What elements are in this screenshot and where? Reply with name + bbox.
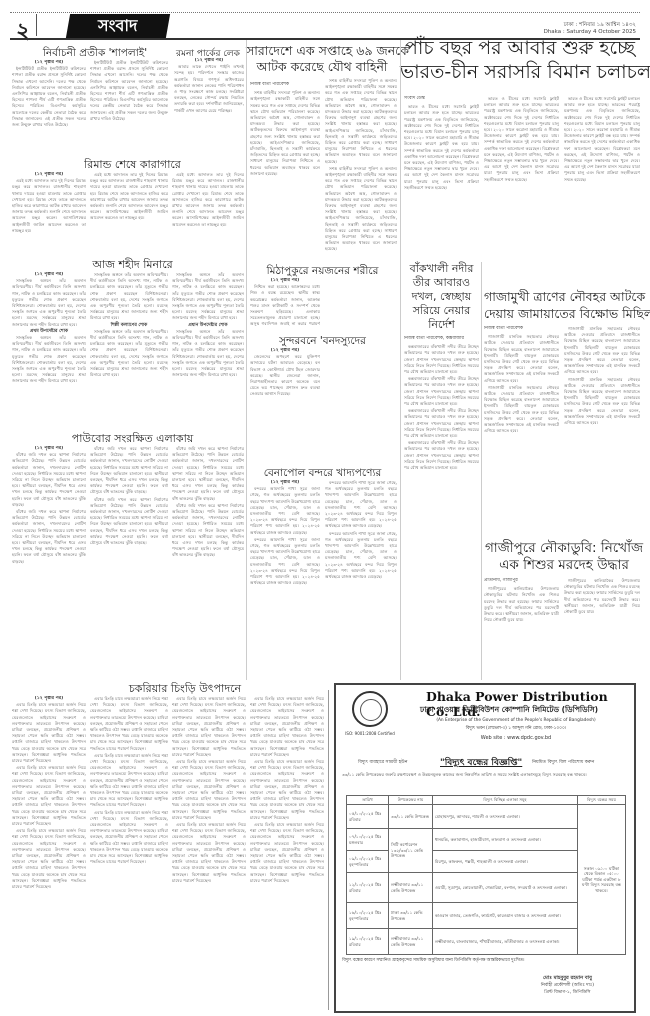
body-text: সাংস্কৃতিক অঙ্গনে তাঁর অবদান অবিস্মরণীয়… [12,278,86,328]
article-body-col2: ভারত ও চীনের মধ্যে সরাসরি ফ্লাইট চলাচল আ… [484,96,559,261]
column-divider [400,40,401,680]
headline-line: দখল, স্বেচ্ছায় [404,290,479,304]
cell-date: ১৯/১০/২০২৫ খ্রিঃ রবিবার [347,929,389,955]
body-text: সাংস্কৃতিক অঙ্গনে তাঁর অবদান অবিস্মরণীয়… [12,335,86,385]
byline: নিজস্ব বার্তা পরিবেশক [484,326,559,332]
body-text: জেলেদের অপহরণ করে মুক্তিপণ আদায়ের ঘটনা … [250,354,320,397]
date-bengali: ঢাকা : শনিবার ১৯ আশ্বিন ১৪৩২ [544,22,636,29]
body-text: এরই মধ্যে আদালত তার দুই দিনের রিমান্ড মঞ… [172,172,244,228]
column-divider [246,40,247,680]
cell-substation: সিটি কর্পোরেশন ১৩২/৩৩/১১ কেভি উপকেন্দ্র [389,829,433,873]
body-text: সাংস্কৃতিক অঙ্গনে তাঁর অবদান অবিস্মরণীয়… [172,329,244,379]
cell-areas: মোহাম্মদপুর, আদাবর, শ্যামলী ও তৎসংলগ্ন এ… [433,805,578,829]
article-body-col2: গাজাগামী মানবিক সহায়তার নৌবহর আটকে দেওয… [564,326,640,531]
headline-line: বাঁকখালী নদীর [404,262,479,276]
body-text: ভারত ও চীনের মধ্যে সরাসরি ফ্লাইট চলাচল আ… [484,96,559,183]
article-body-col2: বন্দরের আমদানি শাখা সূত্রে জানা গেছে, গত… [325,480,397,620]
dpdc-advertisement: ISO: 9001:2008 Certified Dhaka Power Dis… [334,683,636,1013]
article-body: (১২ পৃষ্ঠার পর) সাংস্কৃতিক অঙ্গনে তাঁর অ… [12,272,86,427]
article-body-col2: এরই মধ্যে আদালত তার দুই দিনের রিমান্ড মঞ… [90,172,168,252]
article-body-col2: সাংস্কৃতিক অঙ্গনে তাঁর অবদান অবিস্মরণীয়… [90,272,168,427]
body-text: এবার চিংড়ি চাষে লক্ষ্যমাত্রা অর্জন নিয়… [250,822,324,884]
body-text: কক্সবাজারের বাঁকখালী নদীর তীরে উচ্ছেদ অভ… [404,440,479,471]
body-text: এবার চিংড়ি চাষে লক্ষ্যমাত্রা অর্জন নিয়… [12,765,86,827]
body-text: ভারত ও চীনের মধ্যে সরাসরি ফ্লাইট চলাচল আ… [564,96,640,183]
article-body-col2: সশস্ত্র বাহিনীর সদস্যরা পুলিশ ও অন্যান্য… [325,78,397,378]
outage-schedule-table: তারিখ উপকেন্দ্রের নাম বিদ্যুৎ বিচ্ছিন্ন … [346,795,626,955]
body-text: এরই মধ্যে আদালত তার দুই দিনের রিমান্ড মঞ… [12,178,86,234]
cell-date: ০৯/১০/২০২৫ খ্রিঃ বৃহস্পতিবার [347,851,389,873]
cell-areas: লক্ষ্মীবাজার, বাংলাবাজার, শাঁখারীবাজার, … [433,929,578,955]
body-text: গাজাগামী মানবিক সহায়তার নৌবহর আটকে দেওয… [564,326,640,376]
header-areas: বিদ্যুৎ বিচ্ছিন্ন এলাকা সমূহ [433,796,578,805]
body-text: বাঁধের জমি দখল করে স্থাপনা নির্মাণের অভি… [172,446,244,502]
article-body-col4: এবার চিংড়ি চাষে লক্ষ্যমাত্রা অর্জন নিয়… [250,696,324,1006]
top-dotted-rule [10,12,640,13]
left-tagline: বিদ্যুৎ ব্যবহারে সাশ্রয়ী হউন [358,758,407,766]
signatory-office: প্রিন্ট বিভাগ-১, ডিপিডিসি [544,990,590,995]
body-text: এবার চিংড়ি চাষে লক্ষ্যমাত্রা অর্জন নিয়… [172,696,246,758]
byline: প্রতিনিধি, গাজীপুর [484,578,559,584]
body-text: গাজাগামী মানবিক সহায়তার নৌবহর আটকে দেওয… [564,377,640,427]
dateline: ঢাকা : শনিবার ১৯ আশ্বিন ১৪৩২ Dhaka : Sat… [544,22,636,36]
article-body: সংবাদ ডেস্ক ভারত ও চীনের মধ্যে সরাসরি ফ্… [404,96,479,261]
cell-date: ০৭/১০/২০২৫ খ্রিঃ মঙ্গলবার [347,829,389,851]
article-body-col2: এবার চিংড়ি চাষে লক্ষ্যমাত্রা অর্জন নিয়… [90,696,168,1006]
address: বিদ্যুৎ ভবন (লেভেল-৩) ১ আব্দুল গনি রোড, … [406,725,626,732]
body-text: এবার চিংড়ি চাষে লক্ষ্যমাত্রা অর্জন নিয়… [90,696,168,752]
headline-line-2: ভারত-চীন সরাসরি বিমান চলাচল [400,60,640,84]
byline: নিজস্ব বার্তা পরিবেশক [250,82,320,88]
body-text: সাংস্কৃতিক অঙ্গনে তাঁর অবদান অবিস্মরণীয়… [90,329,168,379]
body-text: ইন্সটিটিউট প্রতীক ইন্সটিটিউট কমিশনের শাপ… [12,66,86,128]
article-body: (১২ পৃষ্ঠার পর) ইন্সটিটিউট প্রতীক ইন্সটি… [12,60,86,155]
byline: নিজস্ব বার্তা পরিবেশক, কক্সবাজার [404,336,479,342]
headline-line-1: গাজামুখী ত্রাণের নৌবহর আটকে [484,288,644,305]
header-substation: উপকেন্দ্রের নাম [389,796,433,805]
cell-substation: লক্ষ্মীবাজার ৩৩/১১ কেভি উপকেন্দ্র [389,929,433,955]
cell-substation: ঢাকা ৩৩/১১ কেভি উপকেন্দ্র [389,903,433,929]
article-body-col3: এবার চিংড়ি চাষে লক্ষ্যমাত্রা অর্জন নিয়… [172,696,246,1006]
headline-line: তীর আবারও [404,276,479,290]
cell-areas: ওয়ারী, সূত্রাপুর, কোতোয়ালী, গেন্ডারিয়… [433,873,578,903]
headline: বাঁকখালী নদীর তীর আবারও দখল, স্বেচ্ছায় … [404,262,479,332]
headline-line-2: আটক করেছে যৌথ বাহিনী [246,59,398,75]
logo-text: সংবাদ [98,14,137,38]
headline-line-2: এক শিশুর মরদেহ উদ্ধার [484,557,644,574]
signature-block: মোঃ মাহবুবুর রহমান বাবু নির্বাহী প্রকৌশল… [541,975,594,996]
body-text: সশস্ত্র বাহিনীর সদস্যরা পুলিশ ও অন্যান্য… [325,78,397,165]
headline-line: নির্দেশ [404,318,479,332]
enterprise-line: (An Enterprise of the Government of the … [406,718,626,723]
header-time: বিদ্যুৎ বন্ধের সময় [578,796,626,805]
article-body: নিজস্ব বার্তা পরিবেশক গাজাগামী মানবিক সহ… [484,326,559,531]
article-body: (১২ পৃষ্ঠার পর) জেলেদের অপহরণ করে মুক্তি… [250,348,320,426]
body-text: বাঁধের জমি দখল করে স্থাপনা নির্মাণের অভি… [12,509,86,565]
headline-line-1: সারাদেশে এক সপ্তাহে ৬৯ জনকে [246,43,398,59]
body-text: ভারত ও চীনের মধ্যে সরাসরি ফ্লাইট চলাচল আ… [404,104,479,191]
article-body: প্রতিনিধি, গাজীপুর গাজীপুরের কালিয়াকৈর … [484,578,559,678]
headline-line-1: গাজীপুরে নৌকাডুবি: নিখোঁজ [484,540,644,557]
article-body-col3: সাংস্কৃতিক অঙ্গনে তাঁর অবদান অবিস্মরণীয়… [172,272,244,427]
cell-areas: ধানমন্ডি, কলাবাগান, হাজারীবাগ, লালবাগ ও … [433,829,578,851]
headline: সারাদেশে এক সপ্তাহে ৬৯ জনকে আটক করেছে যৌ… [246,43,398,75]
body-text: কক্সবাজারের বাঁকখালী নদীর তীরে উচ্ছেদ অভ… [404,376,479,407]
body-text: ইন্সটিটিউট প্রতীক ইন্সটিটিউট কমিশনের শাপ… [90,60,168,122]
article-body-col3: ভারত ও চীনের মধ্যে সরাসরি ফ্লাইট চলাচল আ… [564,96,640,261]
body-text: বন্দরের আমদানি শাখা সূত্রে জানা গেছে, গত… [250,486,320,536]
cell-date: ০৫/১০/২০২৫ খ্রিঃ রবিবার [347,805,389,829]
cell-substation: ৩৩/১১ কেভি উপকেন্দ্র [389,805,433,829]
headline: গাজামুখী ত্রাণের নৌবহর আটকে দেয়ায় জামা… [484,288,644,322]
body-text: কক্সবাজারের বাঁকখালী নদীর তীরে উচ্ছেদ অভ… [404,408,479,439]
article-body: (১২ পৃষ্ঠার পর) আবার তাকে দেখতে পাইনি তখ… [174,58,244,155]
byline: সংবাদ ডেস্ক [404,96,479,102]
notice-title: "বিদ্যুৎ বন্ধের বিজ্ঞপ্তি" [440,755,522,770]
right-tagline: নিয়মিত বিদ্যুৎ বিল পরিশোধ করুন [532,758,594,766]
body-text: এবার চিংড়ি চাষে লক্ষ্যমাত্রা অর্জন নিয়… [172,822,246,884]
body-text: বন্দরের আমদানি শাখা সূত্রে জানা গেছে, গত… [325,480,397,530]
date-english: Dhaka : Saturday 4 October 2025 [544,29,636,36]
dpdc-seal-icon [352,691,388,727]
article-body-col3: এরই মধ্যে আদালত তার দুই দিনের রিমান্ড মঞ… [172,172,244,252]
body-text: বন্দরের আমদানি শাখা সূত্রে জানা গেছে, গত… [250,537,320,587]
article-body: (১২ পৃষ্ঠার পর) বন্দরের আমদানি শাখা সূত্… [250,480,320,620]
article-body-col2: ইন্সটিটিউট প্রতীক ইন্সটিটিউট কমিশনের শাপ… [90,60,168,155]
apology-note: বিদ্যুৎ বন্ধের কারণে সম্মানিত গ্রাহকবৃন্… [342,957,524,964]
body-text: সশস্ত্র বাহিনীর সদস্যরা পুলিশ ও অন্যান্য… [250,90,320,177]
body-text: বাঁধের জমি দখল করে স্থাপনা নির্মাণের অভি… [172,503,244,559]
iso-certification: ISO: 9001:2008 Certified [342,731,398,736]
body-text: বাঁধের জমি দখল করে স্থাপনা নির্মাণের অভি… [90,497,168,547]
body-text: গাজাগামী মানবিক সহায়তার নৌবহর আটকে দেওয… [484,385,559,435]
cell-time: সকাল ০৯:০০ ঘটিকা থেকে বিকাল ০৫:০০ ঘটিকা … [578,805,626,955]
article-body: (১২ পৃষ্ঠার পর) এবার চিংড়ি চাষে লক্ষ্যম… [12,696,86,1006]
cell-date: ১৬/১০/২০২৫ খ্রিঃ বৃহস্পতিবার [347,903,389,929]
lead-headline: পাঁচ বছর পর আবার শুরু হচ্ছে ভারত-চীন সরা… [400,36,640,84]
body-text: এবার চিংড়ি চাষে লক্ষ্যমাত্রা অর্জন নিয়… [12,828,86,890]
body-text: বাঁধের জমি দখল করে স্থাপনা নির্মাণের অভি… [90,446,168,496]
body-text: বাঁধের জমি দখল করে স্থাপনা নির্মাণের অভি… [12,452,86,508]
header-date: তারিখ [347,796,389,805]
headline: গাজীপুরে নৌকাডুবি: নিখোঁজ এক শিশুর মরদেহ… [484,540,644,574]
signatory-name: মোঃ মাহবুবুর রহমান বাবু [543,975,592,981]
page-number-divider [36,14,37,36]
cell-date: ১২/১০/২০২৫ খ্রিঃ রবিবার [347,873,389,903]
body-text: এবার চিংড়ি চাষে লক্ষ্যমাত্রা অর্জন নিয়… [250,759,324,821]
table-row: ০৫/১০/২০২৫ খ্রিঃ রবিবার ৩৩/১১ কেভি উপকেন… [347,805,626,829]
article-body: (১২ পৃষ্ঠার পর) নিশ্চিত করা হয়েছে। আক্র… [250,278,320,328]
company-name-bn: ঢাকা পাওয়ার ডিস্ট্রিবিউশন কোম্পানি লিমি… [420,705,598,717]
headline-line: সরিয়ে নেয়ার [404,304,479,318]
table-header-row: তারিখ উপকেন্দ্রের নাম বিদ্যুৎ বিচ্ছিন্ন … [347,796,626,805]
body-text: গাজাগামী মানবিক সহায়তার নৌবহর আটকে দেওয… [484,334,559,384]
column-divider [328,690,329,1010]
body-text: সশস্ত্র বাহিনীর সদস্যরা পুলিশ ও অন্যান্য… [325,166,397,253]
body-text: গাজীপুরের কালিয়াকৈর উপজেলায় নৌকাডুবির … [484,586,559,623]
newspaper-logo: সংবাদ [66,14,170,38]
article-body-col3: বাঁধের জমি দখল করে স্থাপনা নির্মাণের অভি… [172,446,244,621]
body-text: বন্দরের আমদানি শাখা সূত্রে জানা গেছে, গত… [325,531,397,581]
cell-areas: মিরপুর, কাফরুল, পল্লবী, শাহআলী ও তৎসংলগ্… [433,851,578,873]
body-text: এবার চিংড়ি চাষে লক্ষ্যমাত্রা অর্জন নিয়… [90,810,168,866]
body-text: এবার চিংড়ি চাষে লক্ষ্যমাত্রা অর্জন নিয়… [90,753,168,809]
article-body: (১২ পৃষ্ঠার পর) বাঁধের জমি দখল করে স্থাপ… [12,446,86,621]
body-text: এরই মধ্যে আদালত তার দুই দিনের রিমান্ড মঞ… [90,172,168,222]
article-body: (১২ পৃষ্ঠার পর) এরই মধ্যে আদালত তার দুই … [12,172,86,252]
article-body-col2: বাঁধের জমি দখল করে স্থাপনা নির্মাণের অভি… [90,446,168,621]
body-text: এবার চিংড়ি চাষে লক্ষ্যমাত্রা অর্জন নিয়… [172,759,246,821]
article-body: নিজস্ব বার্তা পরিবেশক সশস্ত্র বাহিনীর সদ… [250,82,320,262]
article-body-col2: গাজীপুরের কালিয়াকৈর উপজেলায় নৌকাডুবির … [564,578,640,678]
body-text: নিশ্চিত করা হয়েছে। আক্রান্তদের মধ্যে শি… [250,284,320,328]
cell-areas: কাওরান বাজার, তেজগাঁও, ফার্মগেট, কারওয়া… [433,903,578,929]
body-text: কক্সবাজারের বাঁকখালী নদীর তীরে উচ্ছেদ অভ… [404,344,479,375]
body-text: এবার চিংড়ি চাষে লক্ষ্যমাত্রা অর্জন নিয়… [12,702,86,764]
article-body: নিজস্ব বার্তা পরিবেশক, কক্সবাজার কক্সবাজ… [404,336,479,676]
body-text: এবার চিংড়ি চাষে লক্ষ্যমাত্রা অর্জন নিয়… [250,696,324,758]
notice-intro: ৩৩/১১ কেভি উপকেন্দ্রের জরুরি রক্ষণাবেক্ষ… [342,772,628,778]
body-text: সাংস্কৃতিক অঙ্গনে তাঁর অবদান অবিস্মরণীয়… [90,272,168,322]
body-text: গাজীপুরের কালিয়াকৈর উপজেলায় নৌকাডুবির … [564,578,640,615]
cell-substation: লক্ষ্মীবাজার ৩৩/১১ কেভি উপকেন্দ্র [389,873,433,903]
column-divider [481,262,482,680]
website-link[interactable]: Web site : www.dpdc.gov.bd [406,735,626,741]
body-text: সাংস্কৃতিক অঙ্গনে তাঁর অবদান অবিস্মরণীয়… [172,272,244,322]
body-text: আবার তাকে দেখতে পাইনি তখনই সন্দেহ হয়। প… [174,64,244,114]
headline-line-1: পাঁচ বছর পর আবার শুরু হচ্ছে [400,36,640,60]
signatory-title: নির্বাহী প্রকৌশলী (অতিঃ দাঃ) [541,983,594,988]
headline-line-2: দেয়ায় জামায়াতের বিক্ষোভ মিছিল [484,305,644,322]
